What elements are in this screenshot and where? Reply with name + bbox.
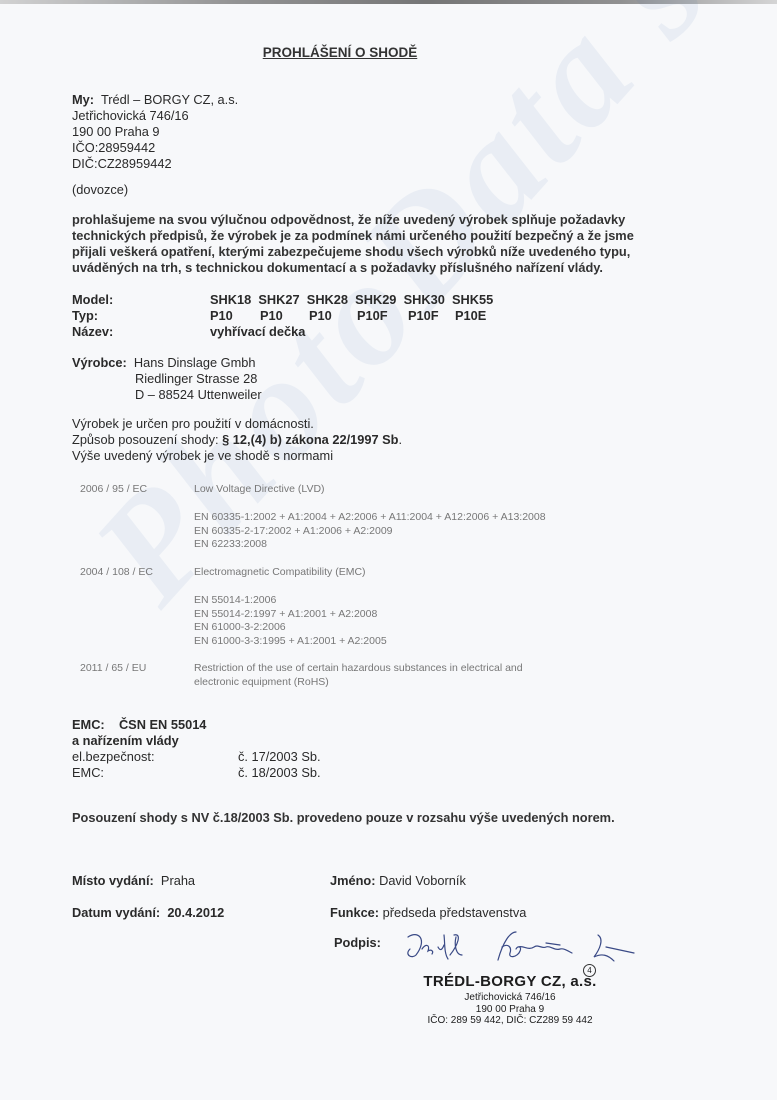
type-item: P10F <box>357 308 388 324</box>
directive-code: 2004 / 108 / EC <box>80 566 153 580</box>
regulation-value: č. 18/2003 Sb. <box>238 765 321 781</box>
scan-edge <box>0 0 777 4</box>
declaration-line: technických předpisů, že výrobek je za p… <box>72 228 634 244</box>
importer-block: My: Trédl – BORGY CZ, a.s. Jetřichovická… <box>72 92 238 198</box>
declaration-line: prohlašujeme na svou výlučnou odpovědnos… <box>72 212 634 228</box>
regulation-label: el.bezpečnost: <box>72 749 155 765</box>
issue-place-label: Místo vydání: <box>72 873 154 888</box>
standard: EN 55014-1:2006 <box>194 594 387 608</box>
type-item: P10 <box>260 308 283 324</box>
gov-regulation-line: a nařízením vlády <box>72 733 206 749</box>
emc-label: EMC: <box>72 717 105 732</box>
standard: EN 55014-2:1997 + A1:2001 + A2:2008 <box>194 608 387 622</box>
directive-title: Restriction of the use of certain hazard… <box>194 662 523 689</box>
model-item: SHK18 <box>210 292 251 307</box>
conformity-line: Výše uvedený výrobek je ve shodě s norma… <box>72 448 402 464</box>
type-label: Typ: <box>72 308 98 324</box>
stamp-city: 190 00 Praha 9 <box>410 1004 610 1016</box>
manufacturer-street: Riedlinger Strasse 28 <box>72 371 262 387</box>
signature-label: Podpis: <box>334 935 381 951</box>
manufacturer-city: D – 88524 Uttenweiler <box>72 387 262 403</box>
assessment-method-law: § 12,(4) b) zákona 22/1997 Sb <box>222 432 398 447</box>
importer-ico: IČO:28959442 <box>72 140 238 156</box>
importer-dic: DIČ:CZ28959442 <box>72 156 238 172</box>
standard: EN 61000-3-2:2006 <box>194 621 387 635</box>
type-item: P10 <box>210 308 233 324</box>
directive-standards: EN 55014-1:2006 EN 55014-2:1997 + A1:200… <box>194 594 387 648</box>
usage-block: Výrobek je určen pro použití v domácnost… <box>72 416 402 464</box>
model-item: SHK29 <box>355 292 396 307</box>
declaration-line: přijali veškerá opatření, kterými zabezp… <box>72 244 634 260</box>
signatory-name: Jméno: David Voborník <box>330 873 466 889</box>
handwritten-signature <box>398 925 648 970</box>
model-list: SHK18 SHK27 SHK28 SHK29 SHK30 SHK55 <box>210 292 493 308</box>
assessment-note: Posouzení shody s NV č.18/2003 Sb. prove… <box>72 810 615 826</box>
document-title: PROHLÁŠENÍ O SHODĚ <box>0 45 680 60</box>
assessment-method: Způsob posouzení shody: § 12,(4) b) záko… <box>72 432 402 448</box>
model-item: SHK27 <box>258 292 299 307</box>
product-name: vyhřívací dečka <box>210 324 305 340</box>
stamp-street: Jetřichovická 746/16 <box>410 992 610 1004</box>
directive-title: Electromagnetic Compatibility (EMC) <box>194 566 366 580</box>
directive-standards: EN 60335-1:2002 + A1:2004 + A2:2006 + A1… <box>194 511 546 552</box>
importer-city: 190 00 Praha 9 <box>72 124 238 140</box>
directive-code: 2011 / 65 / EU <box>80 662 146 676</box>
importer-street: Jetřichovická 746/16 <box>72 108 238 124</box>
directive-title-line: Restriction of the use of certain hazard… <box>194 662 523 676</box>
stamp-number: 4 <box>583 964 596 977</box>
importer-role: (dovozce) <box>72 182 238 198</box>
regulation-label: EMC: <box>72 765 104 781</box>
directive-title: Low Voltage Directive (LVD) <box>194 483 325 497</box>
model-item: SHK55 <box>452 292 493 307</box>
directive-code: 2006 / 95 / EC <box>80 483 147 497</box>
model-label: Model: <box>72 292 113 308</box>
standard: EN 61000-3-3:1995 + A1:2001 + A2:2005 <box>194 635 387 649</box>
signatory-function-value: předseda představenstva <box>383 905 527 920</box>
signatory-function: Funkce: předseda představenstva <box>330 905 526 921</box>
assessment-method-label: Způsob posouzení shody: <box>72 432 222 447</box>
importer-name: Trédl – BORGY CZ, a.s. <box>101 92 238 107</box>
regulation-value: č. 17/2003 Sb. <box>238 749 321 765</box>
manufacturer-block: Výrobce: Hans Dinslage Gmbh Riedlinger S… <box>72 355 262 403</box>
signatory-name-value: David Voborník <box>379 873 466 888</box>
model-item: SHK30 <box>404 292 445 307</box>
standard: EN 60335-1:2002 + A1:2004 + A2:2006 + A1… <box>194 511 546 525</box>
manufacturer-name: Hans Dinslage Gmbh <box>134 355 256 370</box>
declaration-line: uváděných na trh, s technickou dokumenta… <box>72 260 634 276</box>
punctuation: . <box>399 432 403 447</box>
issue-place: Místo vydání: Praha <box>72 873 195 889</box>
model-item: SHK28 <box>307 292 348 307</box>
regulations-block: EMC: ČSN EN 55014 a nařízením vlády el.b… <box>72 717 206 781</box>
type-item: P10 <box>309 308 332 324</box>
company-stamp: 4 TRÉDL-BORGY CZ, a.s. Jetřichovická 746… <box>410 973 610 1027</box>
usage-line: Výrobek je určen pro použití v domácnost… <box>72 416 402 432</box>
directive-title-line: electronic equipment (RoHS) <box>194 676 523 690</box>
emc-standard: ČSN EN 55014 <box>119 717 207 732</box>
issue-place-value: Praha <box>161 873 195 888</box>
type-item: P10E <box>455 308 486 324</box>
issue-date-label: Datum vydání: <box>72 905 160 920</box>
declaration-paragraph: prohlašujeme na svou výlučnou odpovědnos… <box>72 212 634 276</box>
stamp-company: TRÉDL-BORGY CZ, a.s. <box>410 973 610 990</box>
importer-label: My: <box>72 92 94 107</box>
issue-date: Datum vydání: 20.4.2012 <box>72 905 224 921</box>
manufacturer-label: Výrobce: <box>72 355 127 370</box>
stamp-ids: IČO: 289 59 442, DIČ: CZ289 59 442 <box>410 1015 610 1027</box>
name-label: Název: <box>72 324 113 340</box>
type-item: P10F <box>408 308 439 324</box>
issue-date-value: 20.4.2012 <box>167 905 224 920</box>
standard: EN 60335-2-17:2002 + A1:2006 + A2:2009 <box>194 525 546 539</box>
signatory-name-label: Jméno: <box>330 873 376 888</box>
signatory-function-label: Funkce: <box>330 905 379 920</box>
standard: EN 62233:2008 <box>194 538 546 552</box>
